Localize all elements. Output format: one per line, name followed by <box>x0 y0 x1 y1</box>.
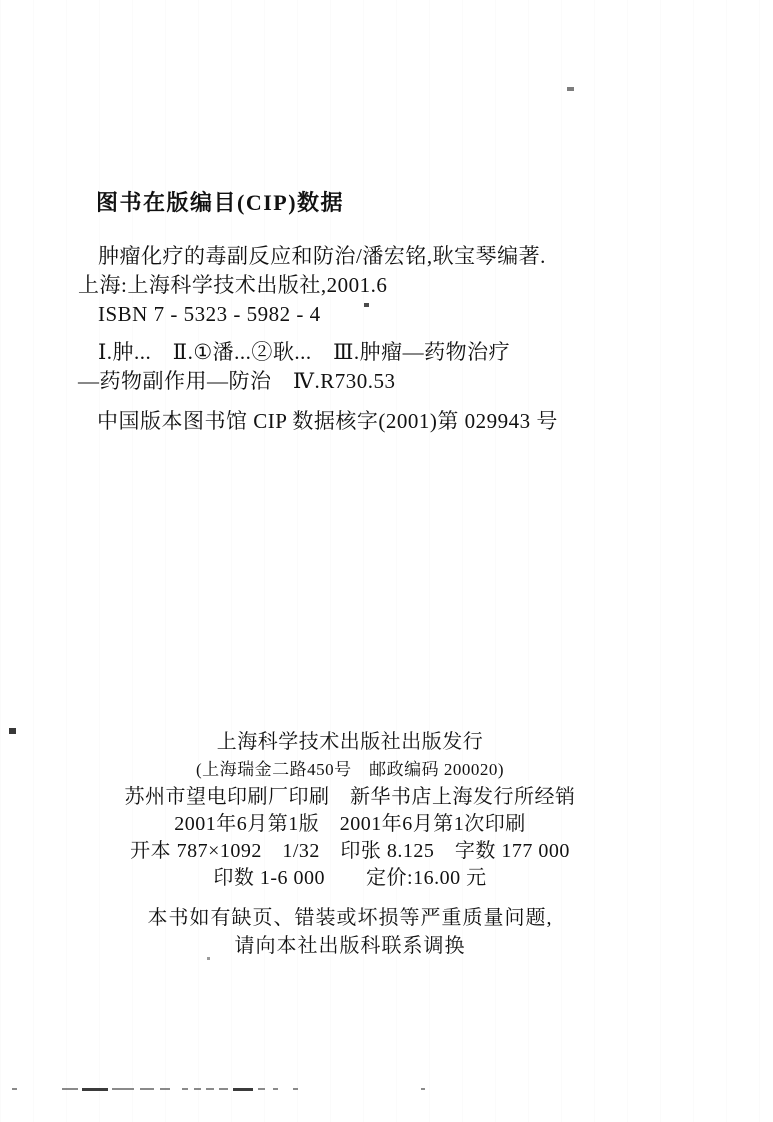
notice-line-1: 本书如有缺页、错装或坏损等严重质量问题, <box>28 905 672 933</box>
imprint-price-line: 印数 1-6 000 定价:16.00 元 <box>28 865 672 892</box>
scan-artifact <box>9 728 16 734</box>
cip-classification-line-1: Ⅰ.肿... Ⅱ.①潘...②耿... Ⅲ.肿瘤—药物治疗 <box>78 338 510 367</box>
scan-artifact <box>567 87 574 91</box>
cip-record-line: 中国版本图书馆 CIP 数据核字(2001)第 029943 号 <box>97 405 558 435</box>
cip-entry-block: 肿瘤化疗的毒副反应和防治/潘宏铭,耿宝琴编著. 上海:上海科学技术出版社,200… <box>78 242 546 329</box>
cip-classification-line-2: —药物副作用—防治 Ⅳ.R730.53 <box>78 367 510 396</box>
cip-heading: 图书在版编目(CIP)数据 <box>96 186 344 217</box>
cip-classification-block: Ⅰ.肿... Ⅱ.①潘...②耿... Ⅲ.肿瘤—药物治疗 —药物副作用—防治 … <box>78 338 510 396</box>
cip-publisher-line: 上海:上海科学技术出版社,2001.6 <box>78 271 546 300</box>
imprint-edition-line: 2001年6月第1版 2001年6月第1次印刷 <box>28 811 672 838</box>
copyright-page: 图书在版编目(CIP)数据 肿瘤化疗的毒副反应和防治/潘宏铭,耿宝琴编著. 上海… <box>0 0 773 1122</box>
quality-notice-block: 本书如有缺页、错装或坏损等严重质量问题, 请向本社出版科联系调换 <box>28 905 672 960</box>
imprint-publisher-line: 上海科学技术出版社出版发行 <box>28 729 672 756</box>
notice-line-2: 请向本社出版科联系调换 <box>28 933 672 961</box>
imprint-block: 上海科学技术出版社出版发行 (上海瑞金二路450号 邮政编码 200020) 苏… <box>28 729 672 893</box>
cip-title-line: 肿瘤化疗的毒副反应和防治/潘宏铭,耿宝琴编著. <box>78 242 546 271</box>
scan-noise-row <box>0 1086 773 1092</box>
imprint-printer-line: 苏州市望电印刷厂印刷 新华书店上海发行所经销 <box>28 784 672 811</box>
imprint-format-line: 开本 787×1092 1/32 印张 8.125 字数 177 000 <box>28 838 672 865</box>
imprint-address-line: (上海瑞金二路450号 邮政编码 200020) <box>28 756 672 783</box>
cip-isbn-line: ISBN 7 - 5323 - 5982 - 4 <box>78 300 546 329</box>
